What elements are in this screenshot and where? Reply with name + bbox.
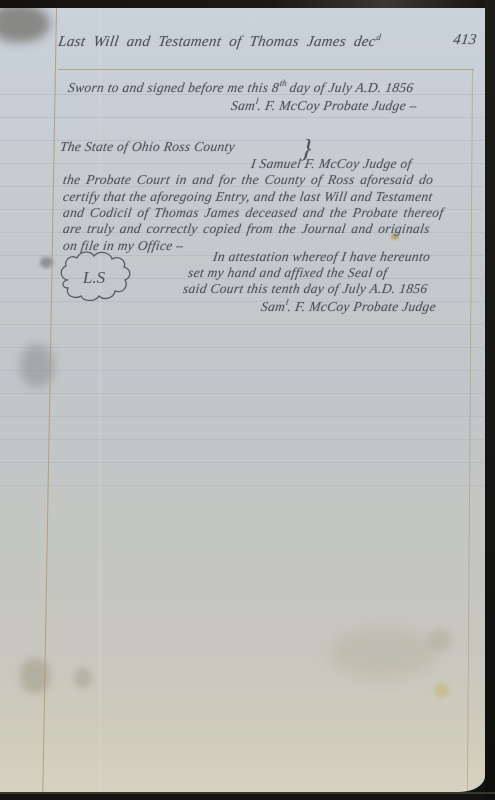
- scanned-record-photo: { "colors": { "ink": "#4d525a", "margin_…: [0, 0, 495, 800]
- stain-bottom-left-2: [74, 668, 92, 688]
- seal-label: L.S: [82, 268, 106, 287]
- right-margin-rule: [467, 69, 473, 792]
- certificate-line: certify that the aforegoing Entry, and t…: [62, 189, 434, 205]
- certificate-line: the Probate Court in and for the County …: [62, 172, 434, 188]
- attestation-line: set my hand and affixed the Seal of: [187, 265, 388, 281]
- page-number: 413: [452, 32, 478, 49]
- certificate-opening: I Samuel F. McCoy Judge of: [250, 156, 413, 172]
- ledger-page: Last Will and Testament of Thomas James …: [0, 8, 485, 792]
- judge-signature-bottom: Saml. F. McCoy Probate Judge: [260, 297, 437, 315]
- attestation-line: said Court this tenth day of July A.D. 1…: [182, 281, 429, 297]
- stain-bottom-right: [330, 628, 435, 678]
- header-separator-rule: [58, 69, 474, 70]
- page-bottom-edge: [0, 792, 495, 800]
- title-superscript: d: [376, 32, 382, 42]
- left-margin-rule: [42, 8, 57, 792]
- page-title: Last Will and Testament of Thomas James …: [57, 32, 382, 51]
- venue-line: The State of Ohio Ross County: [59, 139, 236, 155]
- certificate-line: are truly and correctly copied from the …: [62, 221, 431, 237]
- sworn-statement-line: Sworn to and signed before me this 8th d…: [67, 78, 415, 96]
- book-right-edge: [485, 0, 495, 800]
- stain-yellow-right: [434, 684, 449, 697]
- stain-bottom-right-2: [428, 630, 452, 650]
- certificate-line: and Codicil of Thomas James deceased and…: [62, 205, 445, 221]
- paper-crease: [99, 8, 101, 792]
- seal-ls: L.S: [54, 251, 134, 305]
- stain-top-left: [0, 8, 50, 42]
- judge-signature-top: Saml. F. McCoy Probate Judge –: [230, 96, 418, 114]
- attestation-line: In attestation whereof I have hereunto: [212, 249, 431, 265]
